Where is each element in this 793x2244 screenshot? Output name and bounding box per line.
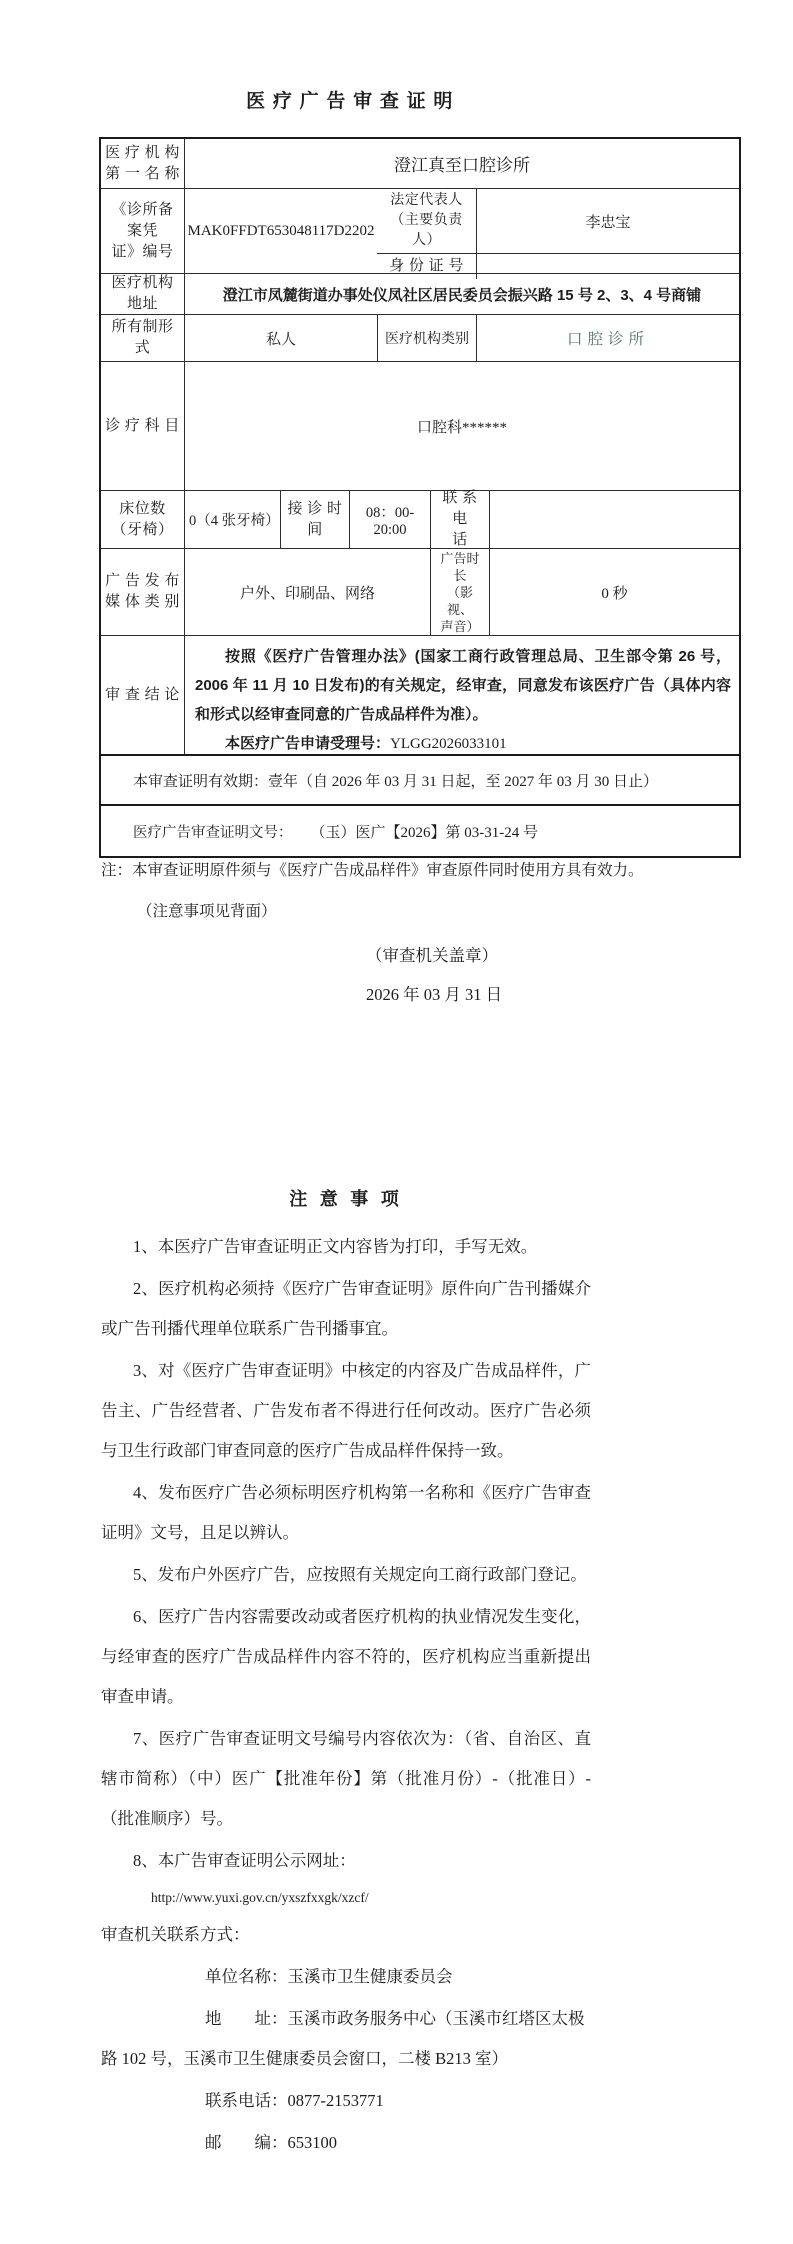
org-name-value: 澄江真至口腔诊所: [184, 139, 739, 188]
table-row: 诊 疗 科 目 口腔科******: [101, 362, 739, 491]
note-item-2: 2、医疗机构必须持《医疗广告审查证明》原件向广告刊播媒介或广告刊播代理单位联系广…: [101, 1269, 591, 1349]
org-name-label: 医 疗 机 构 第 一 名 称: [101, 139, 184, 188]
table-row: 法定代表人 （主要负责人） 李忠宝: [377, 189, 739, 254]
contact-address: 地 址：玉溪市政务服务中心（玉溪市红塔区太极路 102 号，玉溪市卫生健康委员会…: [101, 1999, 591, 2079]
ownership-label: 所有制形式: [101, 315, 184, 361]
contact-phone-label: 联 系 电 话: [430, 491, 489, 548]
conclusion-label: 审 查 结 论: [101, 636, 184, 754]
doc-number-label: 医疗广告审查证明文号：: [133, 821, 293, 842]
license-no-value: MAK0FFDT653048117D2202: [184, 189, 377, 273]
table-row: 床位数 （牙椅） 0（4 张牙椅） 接 诊 时 间 08：00-20:00 联 …: [101, 491, 739, 549]
table-row: 《诊所备案凭 证》编号 MAK0FFDT653048117D2202 法定代表人…: [101, 189, 739, 274]
doc-number-cell: 医疗广告审查证明文号： （玉）医广【2026】第 03-31-24 号: [101, 806, 739, 856]
media-value: 户外、印刷品、网络: [184, 549, 430, 635]
public-notice-url: http://www.yuxi.gov.cn/yxszfxxgk/xzcf/: [101, 1883, 591, 1913]
hours-label: 接 诊 时 间: [280, 491, 349, 548]
contact-phone-value: [489, 491, 739, 548]
category-value: 口腔诊所: [476, 315, 739, 361]
legal-rep-label: 法定代表人 （主要负责人）: [377, 189, 476, 253]
table-row: 医疗机构地址 澄江市凤麓街道办事处仪凤社区居民委员会振兴路 15 号 2、3、4…: [101, 274, 739, 315]
subjects-value: 口腔科******: [184, 362, 739, 490]
legal-rep-value: 李忠宝: [476, 189, 739, 253]
address-value: 澄江市凤麓街道办事处仪凤社区居民委员会振兴路 15 号 2、3、4 号商铺: [184, 274, 739, 314]
acceptance-label: 本医疗广告申请受理号：: [225, 735, 390, 752]
license-label: 《诊所备案凭 证》编号: [101, 189, 184, 273]
acceptance-line: 本医疗广告申请受理号：YLGG2026033101: [195, 732, 731, 753]
legal-rep-subtable: 法定代表人 （主要负责人） 李忠宝 身 份 证 号: [377, 189, 739, 273]
authority-stamp-placeholder: （审查机关盖章）: [366, 942, 498, 966]
contact-heading: 审查机关联系方式：: [101, 1915, 591, 1955]
contact-postal-code: 邮 编：653100: [101, 2123, 591, 2163]
note-item-3: 3、对《医疗广告审查证明》中核定的内容及广告成品样件，广告主、广告经营者、广告发…: [101, 1351, 591, 1471]
conclusion-cell: 按照《医疗广告管理办法》(国家工商行政管理总局、卫生部令第 26 号，2006 …: [184, 636, 739, 754]
validity-line: 本审查证明有效期：壹年（自 2026 年 03 月 31 日起，至 2027 年…: [101, 756, 739, 804]
original-validity-note: 注：本审查证明原件须与《医疗广告成品样件》审查原件同时使用方具有效力。: [101, 858, 644, 880]
note-item-6: 6、医疗广告内容需要改动或者医疗机构的执业情况发生变化，与经审查的医疗广告成品样…: [101, 1597, 591, 1717]
table-row: 医疗广告审查证明文号： （玉）医广【2026】第 03-31-24 号: [101, 806, 739, 856]
duration-value: 0 秒: [489, 549, 739, 635]
note-item-5: 5、发布户外医疗广告，应按照有关规定向工商行政部门登记。: [101, 1555, 591, 1595]
note-item-8: 8、本广告审查证明公示网址：: [101, 1841, 591, 1881]
table-row: 广 告 发 布 媒 体 类 别 户外、印刷品、网络 广告时长 （影视、 声音） …: [101, 549, 739, 636]
contact-org-name: 单位名称：玉溪市卫生健康委员会: [101, 1957, 591, 1997]
issue-date: 2026 年 03 月 31 日: [366, 981, 502, 1005]
note-item-1: 1、本医疗广告审查证明正文内容皆为打印，手写无效。: [101, 1227, 591, 1267]
ownership-value: 私人: [184, 315, 377, 361]
conclusion-text: 按照《医疗广告管理办法》(国家工商行政管理总局、卫生部令第 26 号，2006 …: [195, 642, 731, 729]
acceptance-number: YLGG2026033101: [390, 736, 507, 752]
address-label: 医疗机构地址: [101, 274, 184, 314]
doc-number-value: （玉）医广【2026】第 03-31-24 号: [311, 821, 539, 842]
hours-value: 08：00-20:00: [349, 491, 430, 548]
see-back-note: （注意事项见背面）: [137, 899, 277, 921]
contact-telephone: 联系电话：0877-2153771: [101, 2081, 591, 2121]
note-item-7: 7、医疗广告审查证明文号编号内容依次为：（省、自治区、直辖市简称）（中）医广【批…: [101, 1719, 591, 1839]
notes-section: 注 意 事 项 1、本医疗广告审查证明正文内容皆为打印，手写无效。 2、医疗机构…: [101, 1185, 591, 2165]
beds-value: 0（4 张牙椅）: [184, 491, 280, 548]
table-row: 医 疗 机 构 第 一 名 称 澄江真至口腔诊所: [101, 139, 739, 189]
certificate-table: 医 疗 机 构 第 一 名 称 澄江真至口腔诊所 《诊所备案凭 证》编号 MAK…: [99, 137, 741, 858]
category-label: 医疗机构类别: [377, 315, 476, 361]
note-item-4: 4、发布医疗广告必须标明医疗机构第一名称和《医疗广告审查证明》文号，且足以辨认。: [101, 1473, 591, 1553]
table-row: 审 查 结 论 按照《医疗广告管理办法》(国家工商行政管理总局、卫生部令第 26…: [101, 636, 739, 756]
beds-label: 床位数 （牙椅）: [101, 491, 184, 548]
notes-title: 注 意 事 项: [101, 1185, 591, 1213]
certificate-document: 医 疗 广 告 审 查 证 明 医 疗 机 构 第 一 名 称 澄江真至口腔诊所…: [0, 0, 793, 2244]
subjects-label: 诊 疗 科 目: [101, 362, 184, 490]
media-label: 广 告 发 布 媒 体 类 别: [101, 549, 184, 635]
page-title: 医 疗 广 告 审 查 证 明: [0, 86, 700, 113]
table-row: 本审查证明有效期：壹年（自 2026 年 03 月 31 日起，至 2027 年…: [101, 756, 739, 806]
table-row: 所有制形式 私人 医疗机构类别 口腔诊所: [101, 315, 739, 362]
duration-label: 广告时长 （影视、 声音）: [430, 549, 489, 635]
